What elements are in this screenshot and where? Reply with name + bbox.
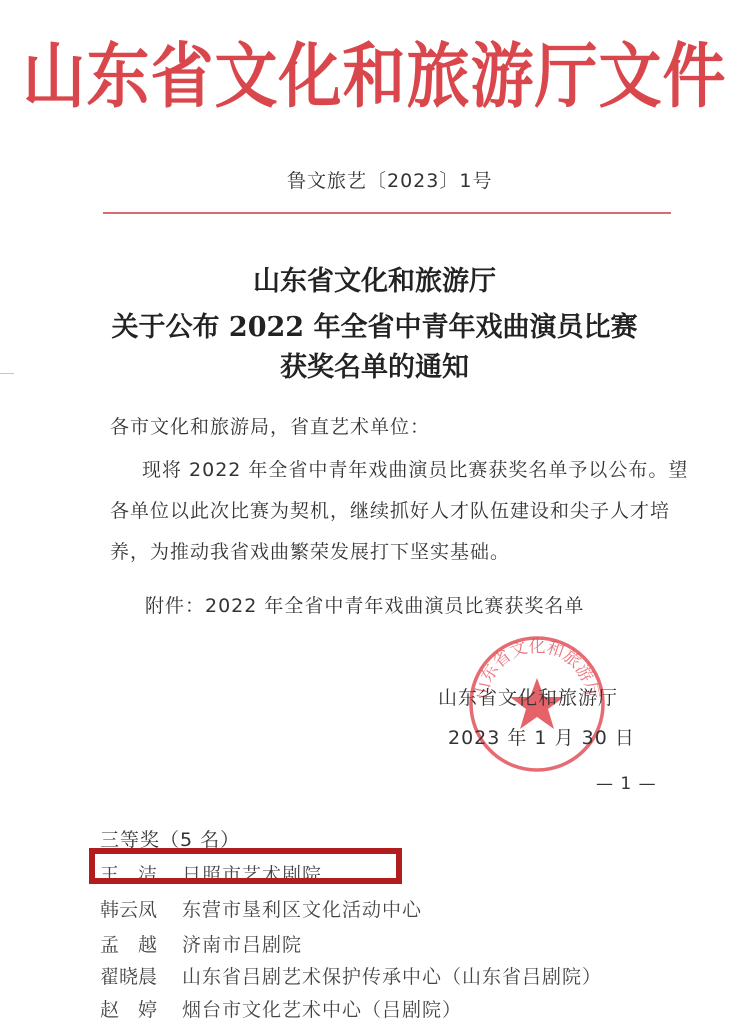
document-number: 鲁文旅艺〔2023〕1号 xyxy=(287,166,492,193)
body-line-1: 现将 2022 年全省中青年戏曲演员比赛获奖名单予以公布。望 xyxy=(142,455,688,482)
signature-organization: 山东省文化和旅游厅 xyxy=(438,683,618,710)
award-row: 翟晓晨 山东省吕剧艺术保护传承中心（山东省吕剧院） xyxy=(100,962,602,989)
page-number: — 1 — xyxy=(596,774,657,794)
body-line-3: 养，为推动我省戏曲繁荣发展打下坚实基础。 xyxy=(110,537,510,564)
document-masthead: 山东省文化和旅游厅文件 xyxy=(0,20,749,122)
signature-date: 2023 年 1 月 30 日 xyxy=(448,723,635,750)
awardee-organization: 济南市吕剧院 xyxy=(182,930,302,957)
award-row: 韩云凤 东营市垦利区文化活动中心 xyxy=(100,895,422,922)
body-line-2: 各单位以此次比赛为契机，继续抓好人才队伍建设和尖子人才培 xyxy=(110,496,670,523)
attachment-note: 附件：2022 年全省中青年戏曲演员比赛获奖名单 xyxy=(145,591,584,618)
highlight-box xyxy=(89,848,402,884)
award-row: 赵 婷 烟台市文化艺术中心（吕剧院） xyxy=(100,995,462,1022)
awardee-organization: 山东省吕剧艺术保护传承中心（山东省吕剧院） xyxy=(182,962,602,989)
awardee-name: 赵 婷 xyxy=(100,995,182,1022)
salutation: 各市文化和旅游局，省直艺术单位： xyxy=(110,412,430,439)
title-line-1: 山东省文化和旅游厅 xyxy=(0,259,749,298)
award-row: 孟 越 济南市吕剧院 xyxy=(100,930,302,957)
title-line-2: 关于公布 2022 年全省中青年戏曲演员比赛 xyxy=(0,305,749,344)
awardee-name: 韩云凤 xyxy=(100,895,182,922)
awardee-name: 孟 越 xyxy=(100,930,182,957)
awardee-name: 翟晓晨 xyxy=(100,962,182,989)
awardee-organization: 烟台市文化艺术中心（吕剧院） xyxy=(182,995,462,1022)
awardee-organization: 东营市垦利区文化活动中心 xyxy=(182,895,422,922)
scan-artifact-line xyxy=(0,373,14,374)
title-line-3: 获奖名单的通知 xyxy=(0,345,749,384)
red-divider-line xyxy=(103,212,671,214)
